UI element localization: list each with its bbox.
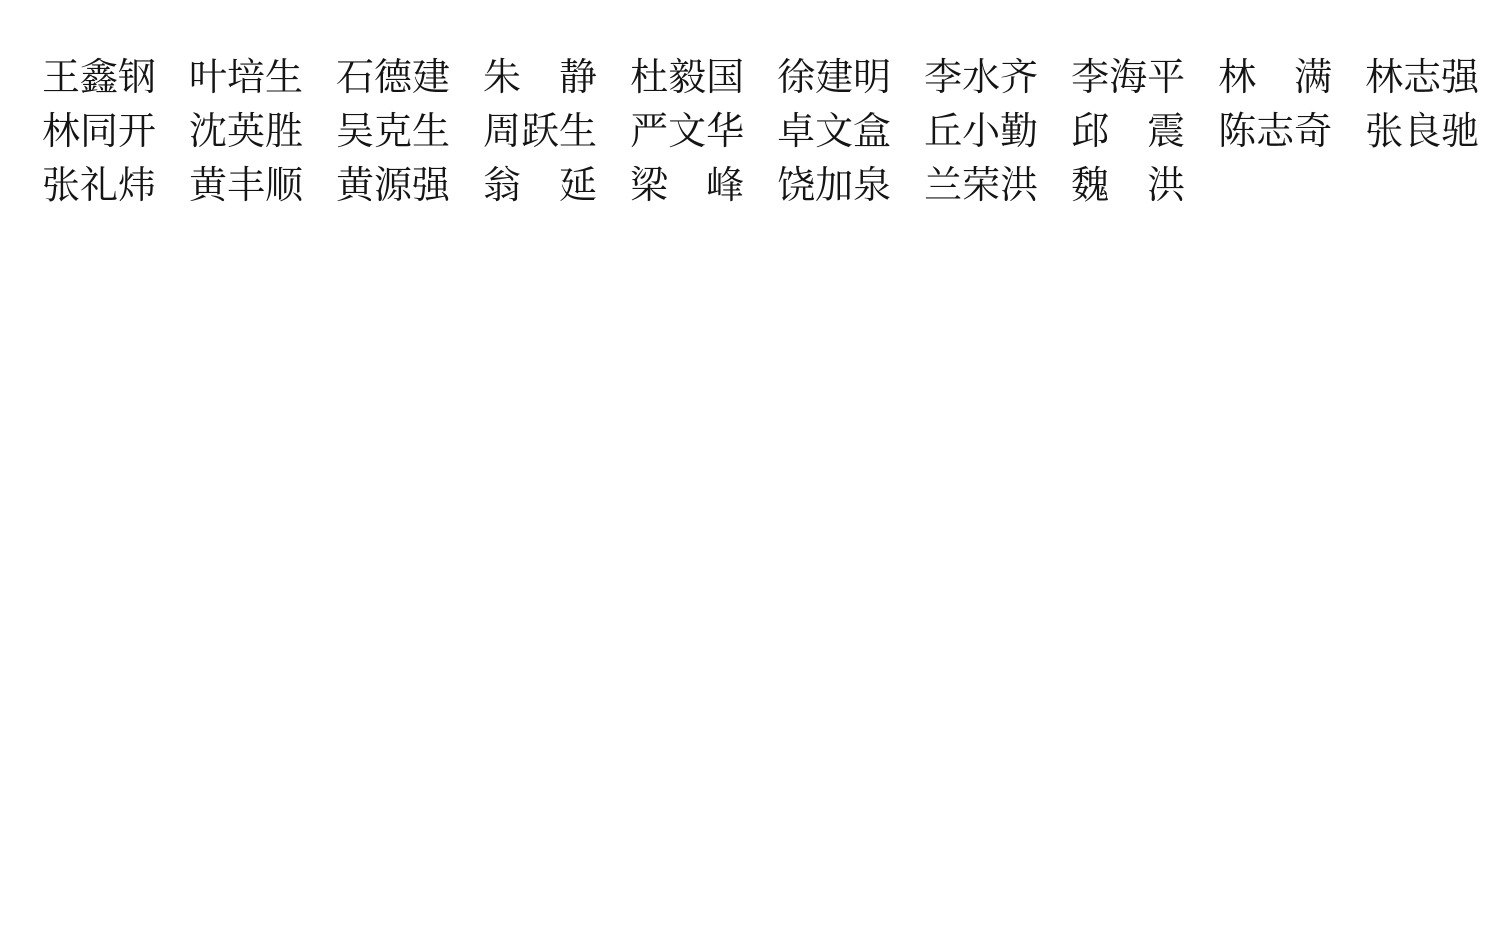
person-name: 石德建 bbox=[336, 50, 450, 104]
person-name: 丘小勤 bbox=[924, 104, 1038, 158]
person-name: 林 满 bbox=[1218, 50, 1332, 104]
person-name: 黄源强 bbox=[336, 158, 450, 212]
person-name: 李海平 bbox=[1071, 50, 1185, 104]
person-name: 周跃生 bbox=[483, 104, 597, 158]
person-name: 黄丰顺 bbox=[189, 158, 303, 212]
person-name: 叶培生 bbox=[189, 50, 303, 104]
person-name: 饶加泉 bbox=[777, 158, 891, 212]
person-name: 吴克生 bbox=[336, 104, 450, 158]
person-name: 梁 峰 bbox=[630, 158, 744, 212]
person-name: 杜毅国 bbox=[630, 50, 744, 104]
person-name: 魏 洪 bbox=[1071, 158, 1185, 212]
person-name: 翁 延 bbox=[483, 158, 597, 212]
person-name: 徐建明 bbox=[777, 50, 891, 104]
person-name: 张礼炜 bbox=[42, 158, 156, 212]
person-name: 邱 震 bbox=[1071, 104, 1185, 158]
person-name: 张良驰 bbox=[1365, 104, 1479, 158]
person-name: 卓文盒 bbox=[777, 104, 891, 158]
name-row: 林同开沈英胜吴克生周跃生严文华卓文盒丘小勤邱 震陈志奇张良驰 bbox=[42, 104, 1458, 158]
person-name: 朱 静 bbox=[483, 50, 597, 104]
person-name: 陈志奇 bbox=[1218, 104, 1332, 158]
name-row: 王鑫钢叶培生石德建朱 静杜毅国徐建明李水齐李海平林 满林志强 bbox=[42, 50, 1458, 104]
person-name: 沈英胜 bbox=[189, 104, 303, 158]
person-name: 严文华 bbox=[630, 104, 744, 158]
document-page: 王鑫钢叶培生石德建朱 静杜毅国徐建明李水齐李海平林 满林志强 林同开沈英胜吴克生… bbox=[0, 0, 1498, 940]
name-row: 张礼炜黄丰顺黄源强翁 延梁 峰饶加泉兰荣洪魏 洪 bbox=[42, 158, 1458, 212]
person-name: 王鑫钢 bbox=[42, 50, 156, 104]
person-name: 林志强 bbox=[1365, 50, 1479, 104]
person-name: 李水齐 bbox=[924, 50, 1038, 104]
person-name: 兰荣洪 bbox=[924, 158, 1038, 212]
person-name: 林同开 bbox=[42, 104, 156, 158]
